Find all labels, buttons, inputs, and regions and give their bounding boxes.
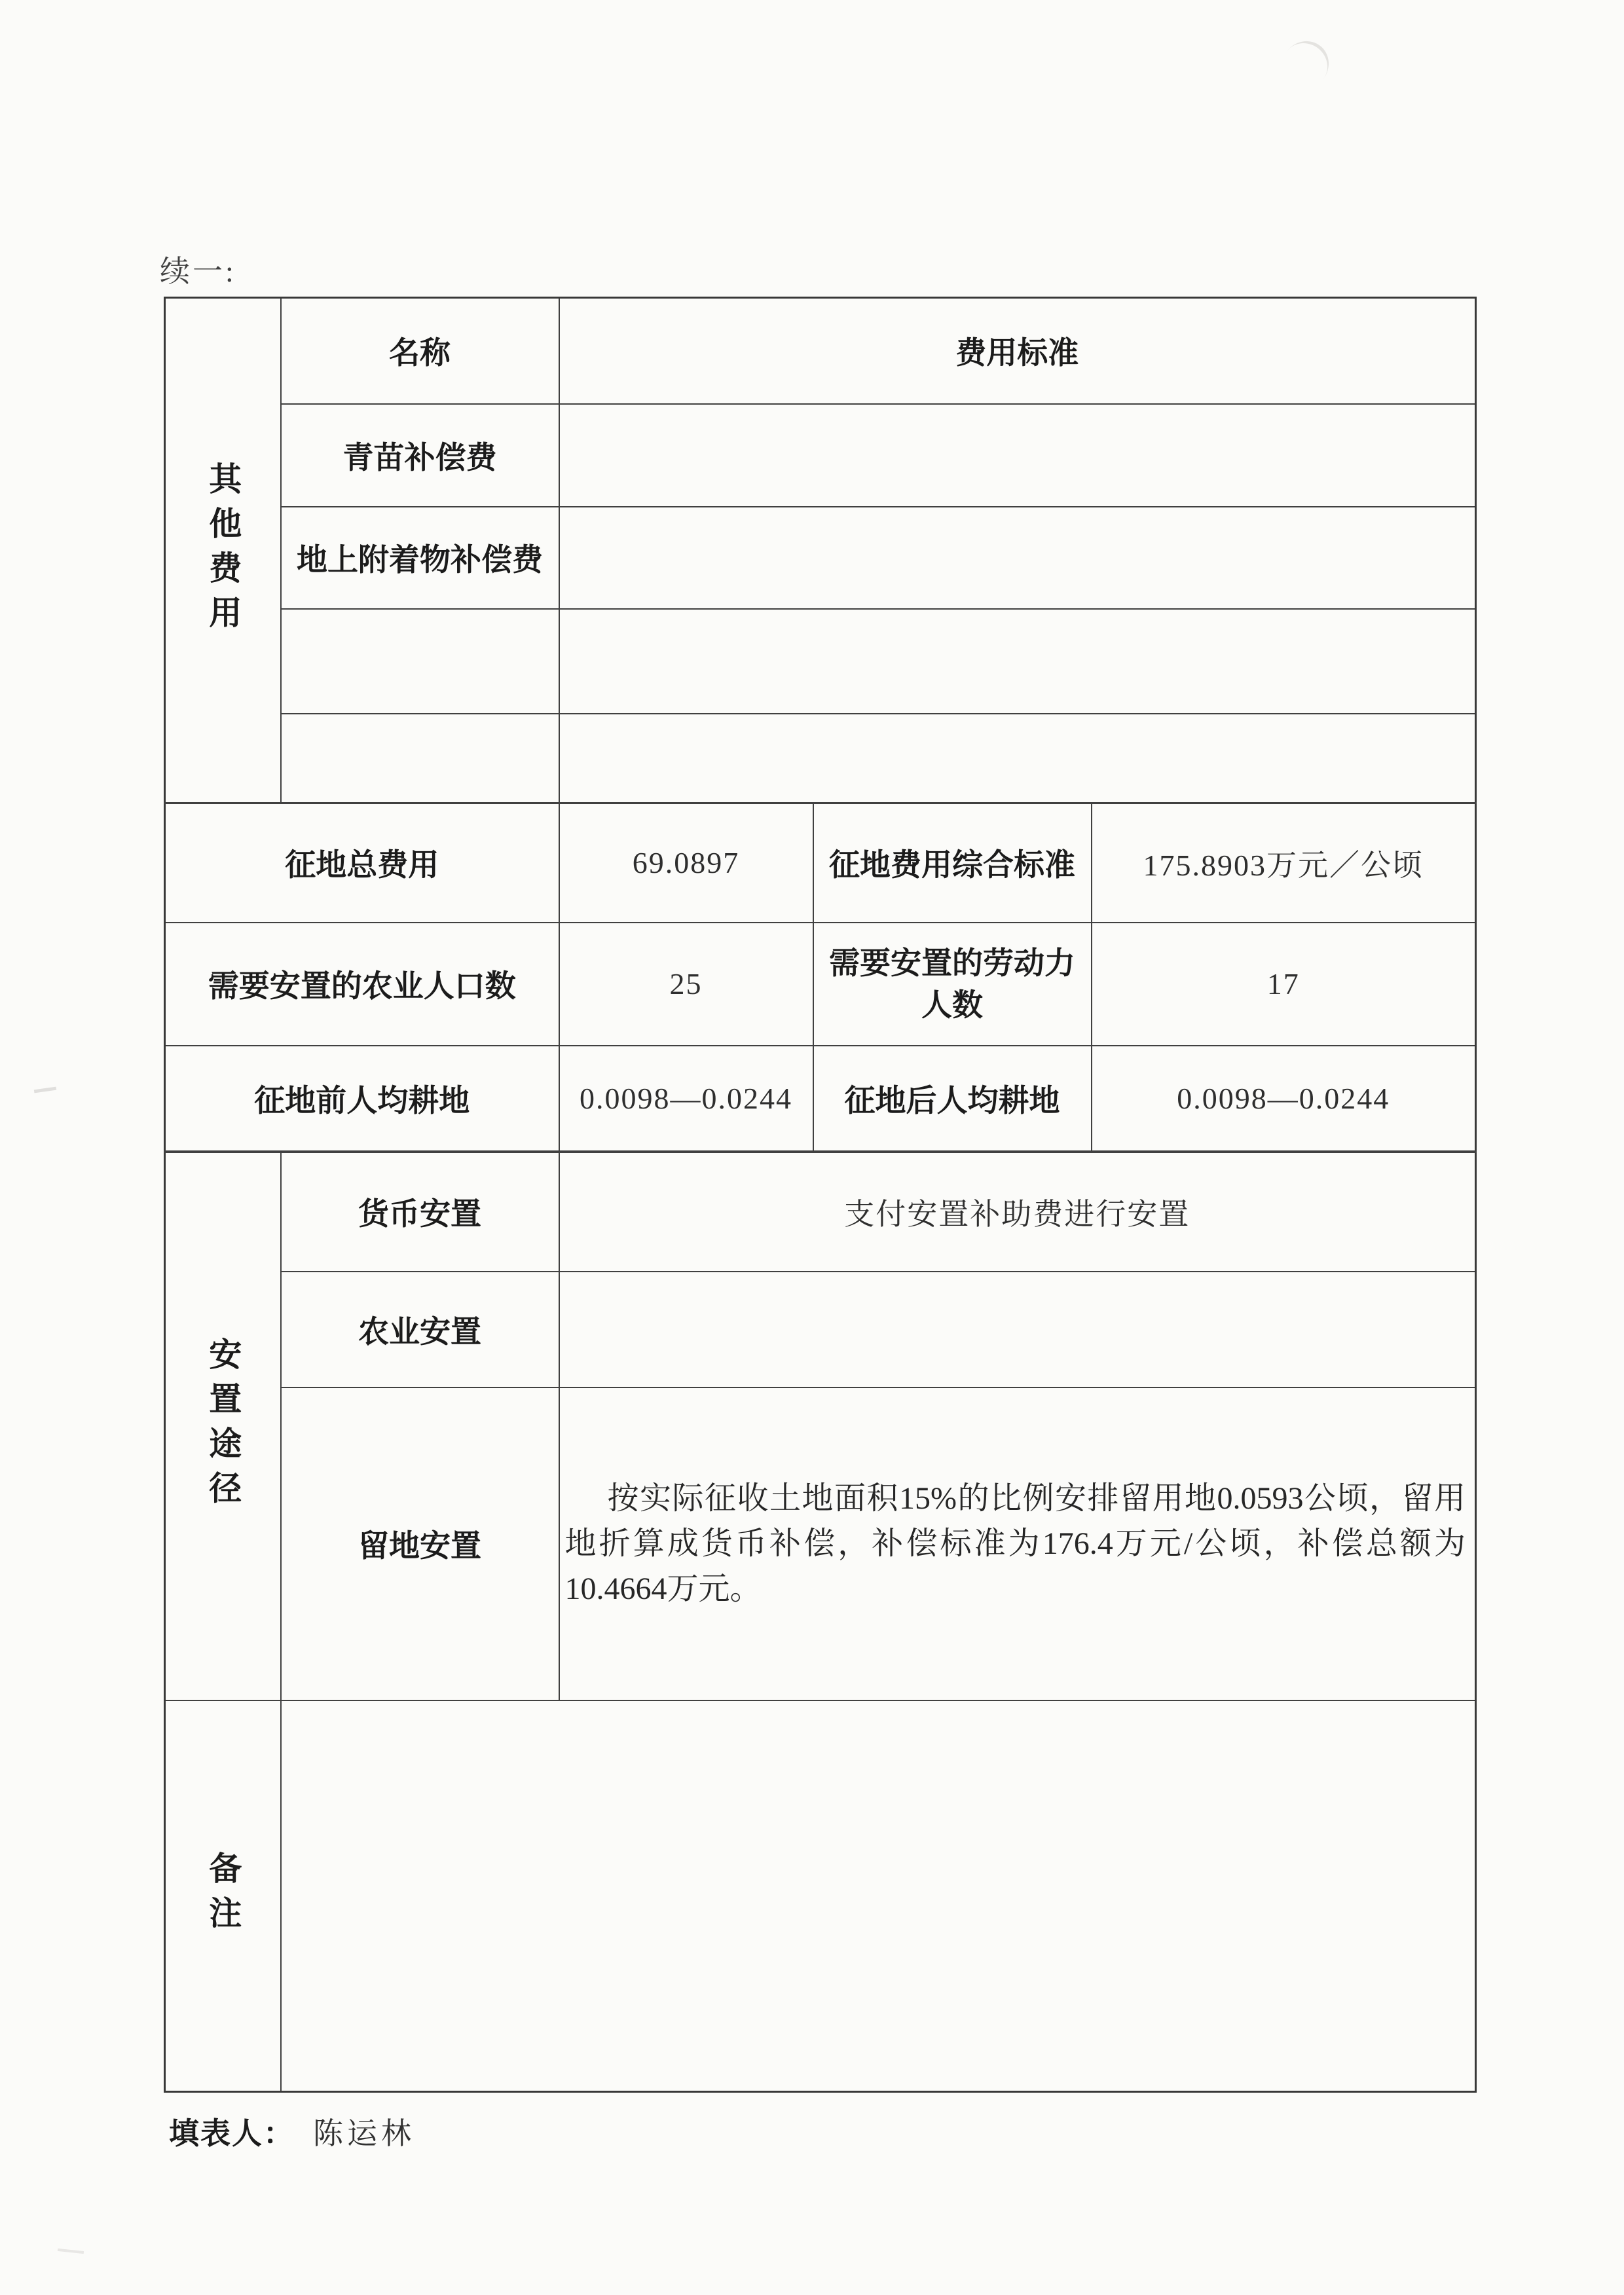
labor-count-label-text: 需要安置的劳动力人数 [821,942,1083,1025]
section-label-other-fees: 其他费用 [206,462,239,640]
comprehensive-standard-label: 征地费用综合标准 [813,803,1092,923]
row-reserved-land-resettlement: 留地安置 按实际征收土地面积15%的比例安排留用地0.0593公顷，留用地折算成… [165,1387,1476,1700]
reserved-land-resettlement-desc-cell: 按实际征收土地面积15%的比例安排留用地0.0593公顷，留用地折算成货币补偿，… [559,1387,1476,1700]
row-remarks: 备注 [165,1700,1476,2092]
reserved-land-resettlement-desc: 按实际征收土地面积15%的比例安排留用地0.0593公顷，留用地折算成货币补偿，… [560,1476,1475,1611]
monetary-resettlement-desc: 支付安置补助费进行安置 [559,1152,1476,1272]
young-crop-fee-value [559,404,1476,507]
form-filler-name: 陈运林 [313,2117,415,2150]
labor-count-value: 17 [1092,923,1476,1046]
row-total-cost: 征地总费用 69.0897 征地费用综合标准 175.8903万元／公顷 [165,803,1476,923]
young-crop-fee-label: 青苗补偿费 [281,404,559,507]
header-name-cell: 名称 [281,298,559,404]
reserved-land-resettlement-label: 留地安置 [281,1387,559,1700]
row-other-fee-blank-2 [165,714,1476,803]
row-other-fee-blank-1 [165,609,1476,714]
other-fee-blank-1-value [559,609,1476,714]
labor-count-label: 需要安置的劳动力人数 [813,923,1092,1046]
other-fee-blank-1-label [281,609,559,714]
header-fee-standard-cell: 费用标准 [559,298,1476,404]
section-cell-resettlement: 安置途径 [165,1152,281,1700]
farmland-before-label: 征地前人均耕地 [165,1046,559,1152]
section-label-remarks: 备注 [206,1851,239,1940]
other-fee-blank-2-label [281,714,559,803]
scan-artifact-top-right [1272,31,1338,98]
row-attachments-fee: 地上附着物补偿费 [165,507,1476,609]
total-cost-value: 69.0897 [559,803,813,923]
row-per-capita-farmland: 征地前人均耕地 0.0098—0.0244 征地后人均耕地 0.0098—0.0… [165,1046,1476,1152]
scan-artifact-bottom-left [58,2249,84,2254]
row-monetary-resettlement: 安置途径 货币安置 支付安置补助费进行安置 [165,1152,1476,1272]
scan-artifact-left-margin [34,1087,56,1093]
attachments-fee-label: 地上附着物补偿费 [281,507,559,609]
form-filler-label: 填表人： [169,2116,295,2150]
row-population: 需要安置的农业人口数 25 需要安置的劳动力人数 17 [165,923,1476,1046]
land-acquisition-cost-table: 其他费用 名称 费用标准 青苗补偿费 地上附着物补偿费 征地总费用 69.089… [164,297,1477,2093]
row-young-crop-fee: 青苗补偿费 [165,404,1476,507]
agri-population-label: 需要安置的农业人口数 [165,923,559,1046]
section-label-resettlement: 安置途径 [206,1337,239,1515]
continuation-label: 续一: [160,248,236,291]
monetary-resettlement-label: 货币安置 [281,1152,559,1272]
attachments-fee-value [559,507,1476,609]
form-filler-line: 填表人：陈运林 [169,2110,415,2153]
total-cost-label: 征地总费用 [165,803,559,923]
scanned-form-page: { "page": { "continuation_label": "续一:" … [0,0,1624,2295]
section-cell-other-fees: 其他费用 [165,298,281,803]
agricultural-resettlement-label: 农业安置 [281,1272,559,1387]
section-cell-remarks: 备注 [165,1700,281,2092]
farmland-after-label: 征地后人均耕地 [813,1046,1092,1152]
comprehensive-standard-value: 175.8903万元／公顷 [1092,803,1476,923]
row-agricultural-resettlement: 农业安置 [165,1272,1476,1387]
agri-population-value: 25 [559,923,813,1046]
row-header: 其他费用 名称 费用标准 [165,298,1476,404]
other-fee-blank-2-value [559,714,1476,803]
remarks-content [281,1700,1476,2092]
agricultural-resettlement-desc [559,1272,1476,1387]
farmland-after-value: 0.0098—0.0244 [1092,1046,1476,1152]
farmland-before-value: 0.0098—0.0244 [559,1046,813,1152]
